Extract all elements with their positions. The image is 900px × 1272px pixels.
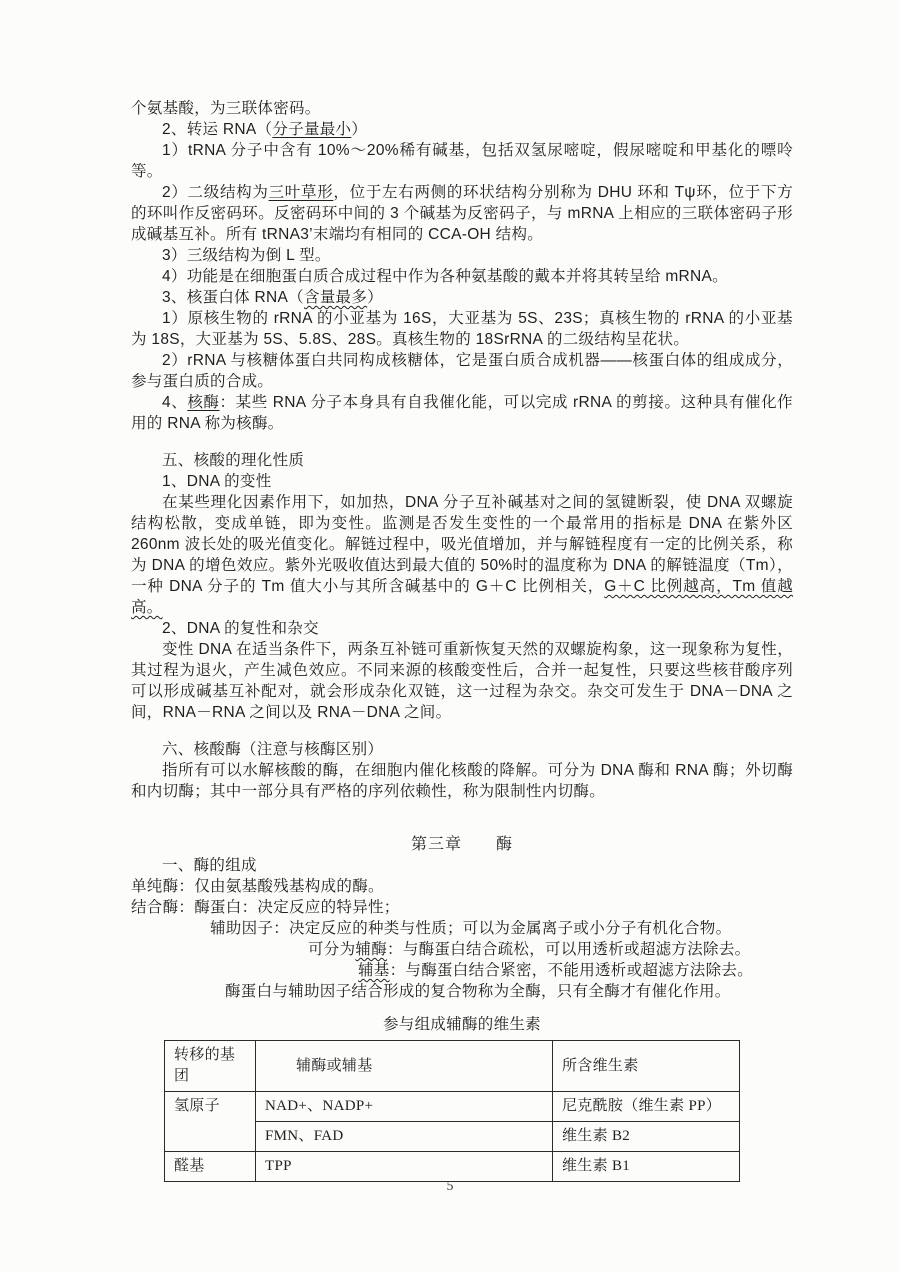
run: 3、核蛋白体 RNA（	[162, 289, 304, 306]
table-cell-coenzyme: NAD+、NADP+	[256, 1092, 553, 1122]
paragraph: 3、核蛋白体 RNA（含量最多）	[131, 287, 793, 308]
paragraph: 1）原核生物的 rRNA 的小亚基为 16S，大亚基为 5S、23S；真核生物的…	[131, 308, 793, 350]
paragraph: 结合酶：酶蛋白：决定反应的特异性；	[131, 897, 793, 918]
run: 可分为	[308, 941, 355, 958]
coenzyme-table: 转移的基团 辅酶或辅基 所含维生素 氢原子 NAD+、NADP+ 尼克酰胺（维生…	[164, 1040, 740, 1182]
table-header-row: 转移的基团 辅酶或辅基 所含维生素	[165, 1041, 740, 1092]
table-row: 醛基 TPP 维生素 B1	[165, 1152, 740, 1182]
paragraph: 单纯酶：仅由氨基酸残基构成的酶。	[131, 876, 793, 897]
table-header-cell: 辅酶或辅基	[256, 1041, 553, 1092]
table-cell-coenzyme: FMN、FAD	[256, 1122, 553, 1152]
paragraph: 在某些理化因素作用下，如加热，DNA 分子互补碱基对之间的氢键断裂，使 DNA …	[131, 492, 793, 618]
underlined-term: 核酶	[187, 394, 219, 411]
section-heading-enzyme: 一、酶的组成	[131, 855, 793, 876]
paragraph: 2、转运 RNA（分子量最小）	[131, 119, 793, 140]
paragraph: 4、核酶：某些 RNA 分子本身具有自我催化能，可以完成 rRNA 的剪接。这种…	[131, 392, 793, 434]
page-number: 5	[0, 1178, 900, 1194]
paragraph: 个氨基酸，为三联体密码。	[131, 98, 793, 119]
paragraph: 2、DNA 的复性和杂交	[131, 618, 793, 639]
run: 4、	[162, 394, 187, 411]
run: 2）二级结构为	[162, 184, 269, 201]
paragraph: 2）二级结构为三叶草形，位于左右两侧的环状结构分别称为 DHU 环和 Tψ环，位…	[131, 182, 793, 245]
run: ）	[351, 121, 367, 138]
table-cell-group: 醛基	[165, 1152, 256, 1182]
run: ：某些 RNA 分子本身具有自我催化能，可以完成 rRNA 的剪接。这种具有催化…	[131, 394, 793, 432]
table-row: 氢原子 NAD+、NADP+ 尼克酰胺（维生素 PP）	[165, 1092, 740, 1122]
paragraph: 1）tRNA 分子中含有 10%～20%稀有碱基，包括双氢尿嘧啶，假尿嘧啶和甲基…	[131, 140, 793, 182]
table-cell-vitamin: 维生素 B2	[553, 1122, 740, 1152]
underlined-term: 分子量最小	[272, 121, 351, 138]
run: ：与酶蛋白结合紧密，不能用透析或超滤方法除去。	[390, 962, 753, 979]
paragraph: 酶蛋白与辅助因子结合形成的复合物称为全酶，只有全酶才有催化作用。	[131, 981, 793, 1002]
table-caption: 参与组成辅酶的维生素	[131, 1014, 793, 1035]
underlined-term: 辅基	[358, 962, 390, 979]
run: ）	[367, 289, 383, 306]
paragraph: 指所有可以水解核酸的酶，在细胞内催化核酸的降解。可分为 DNA 酶和 RNA 酶…	[131, 760, 793, 802]
section-heading-5: 五、核酸的理化性质	[131, 450, 793, 471]
table-cell-vitamin: 维生素 B1	[553, 1152, 740, 1182]
underlined-term: 辅酶	[355, 941, 387, 958]
table-header-cell: 所含维生素	[553, 1041, 740, 1092]
text-block: 个氨基酸，为三联体密码。 2、转运 RNA（分子量最小） 1）tRNA 分子中含…	[131, 98, 793, 1182]
paragraph: 1、DNA 的变性	[131, 471, 793, 492]
table-cell-group: 氢原子	[165, 1092, 256, 1152]
chapter-heading: 第三章 酶	[131, 834, 793, 855]
underlined-term: 三叶草形	[269, 184, 334, 201]
table-header-cell: 转移的基团	[165, 1041, 256, 1092]
paragraph: 可分为辅酶：与酶蛋白结合疏松，可以用透析或超滤方法除去。	[131, 939, 793, 960]
section-heading-6: 六、核酸酶（注意与核酶区别）	[131, 739, 793, 760]
run: 2、转运 RNA（	[162, 121, 272, 138]
paragraph: 辅基：与酶蛋白结合紧密，不能用透析或超滤方法除去。	[131, 960, 793, 981]
paragraph: 4）功能是在细胞蛋白质合成过程中作为各种氨基酸的戴本并将其转呈给 mRNA。	[131, 266, 793, 287]
paragraph: 3）三级结构为倒 L 型。	[131, 245, 793, 266]
paragraph: 辅助因子：决定反应的种类与性质；可以为金属离子或小分子有机化合物。	[131, 918, 793, 939]
underlined-term: 含量最多	[304, 289, 367, 306]
document-page: 个氨基酸，为三联体密码。 2、转运 RNA（分子量最小） 1）tRNA 分子中含…	[0, 0, 900, 1272]
paragraph: 变性 DNA 在适当条件下，两条互补链可重新恢复天然的双螺旋构象，这一现象称为复…	[131, 639, 793, 723]
run: ：与酶蛋白结合疏松，可以用透析或超滤方法除去。	[387, 941, 750, 958]
paragraph: 2）rRNA 与核糖体蛋白共同构成核糖体，它是蛋白质合成机器——核蛋白体的组成成…	[131, 350, 793, 392]
table-cell-vitamin: 尼克酰胺（维生素 PP）	[553, 1092, 740, 1122]
table-cell-coenzyme: TPP	[256, 1152, 553, 1182]
